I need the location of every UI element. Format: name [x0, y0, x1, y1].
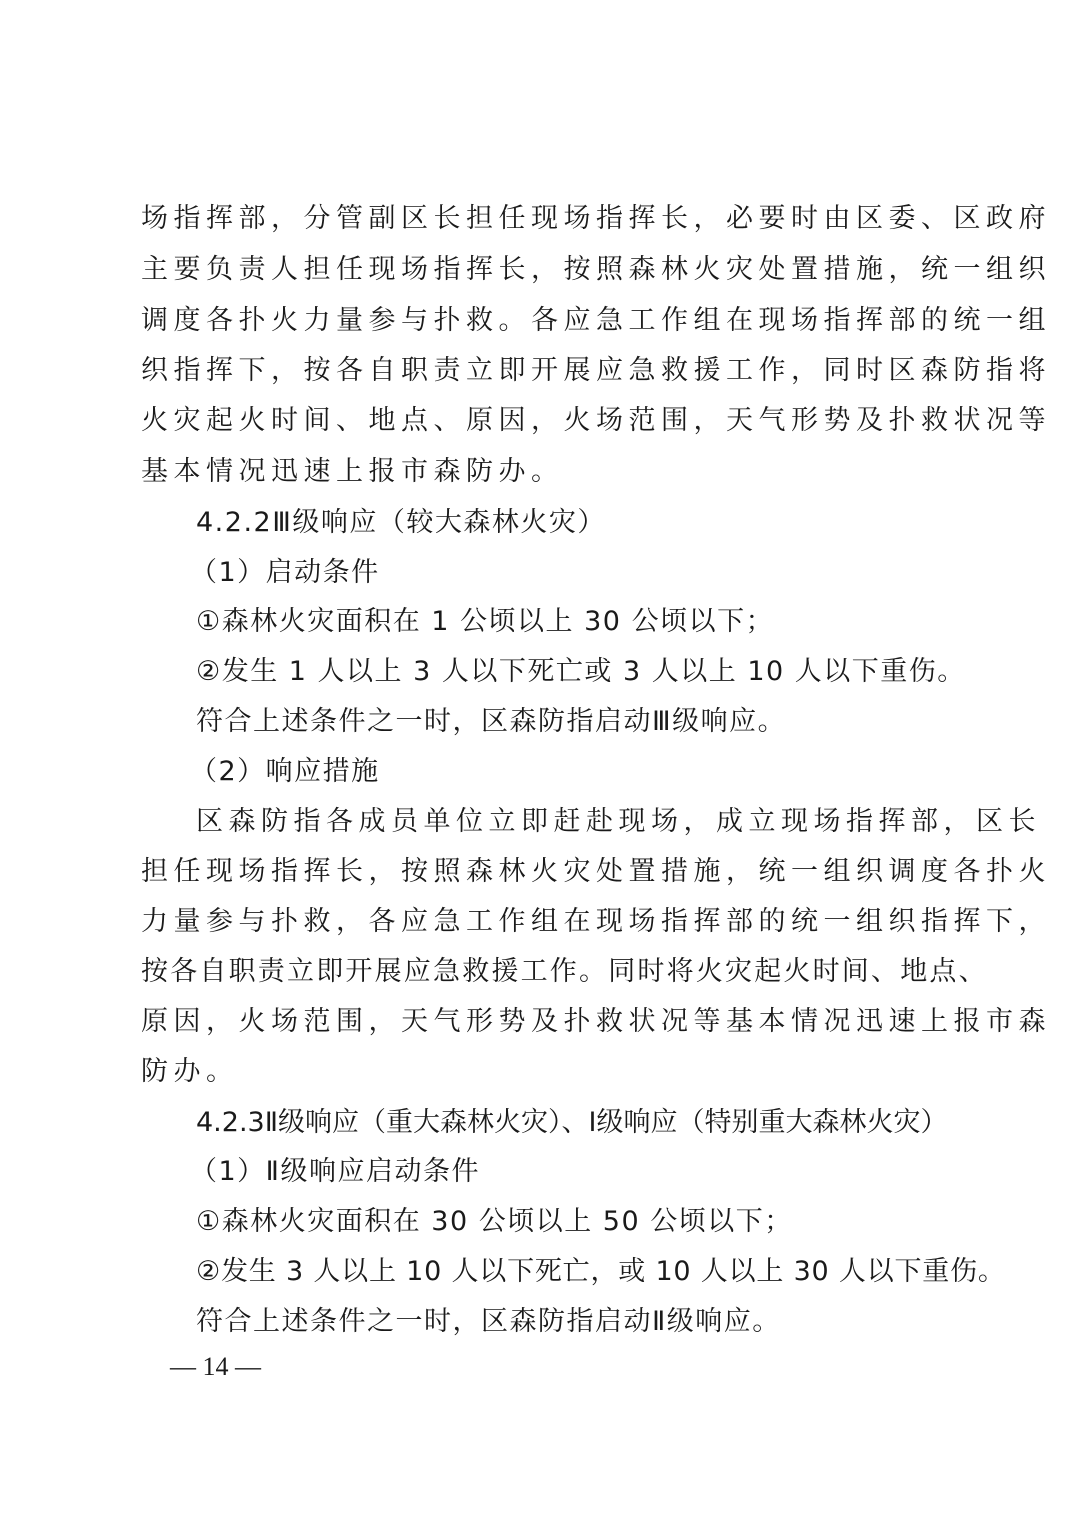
condition-1: ①森林火灾面积在 30 公顷以上 50 公顷以下； [196, 1205, 793, 1239]
paragraph-line: 区森防指各成员单位立即赶赴现场，成立现场指挥部，区长 [196, 805, 1041, 839]
document-page: 场指挥部，分管副区长担任现场指挥长，必要时由区委、区政府 主要负责人担任现场指挥… [0, 0, 1074, 1520]
paragraph-line: 织指挥下，按各自职责立即开展应急救援工作，同时区森防指将 [141, 354, 1051, 388]
paragraph-line: 担任现场指挥长，按照森林火灾处置措施，统一组织调度各扑火 [141, 855, 1051, 889]
paragraph-line: 调度各扑火力量参与扑救。各应急工作组在现场指挥部的统一组 [141, 304, 1051, 338]
page-number: — 14 — [170, 1352, 261, 1382]
condition-conclusion: 符合上述条件之一时，区森防指启动Ⅲ级响应。 [196, 705, 786, 739]
condition-2: ②发生 1 人以上 3 人以下死亡或 3 人以上 10 人以下重伤。 [196, 655, 966, 689]
condition-1: ①森林火灾面积在 1 公顷以上 30 公顷以下； [196, 605, 774, 639]
subheading-start-conditions: （1）启动条件 [190, 556, 380, 590]
paragraph-line: 基本情况迅速上报市森防办。 [141, 455, 564, 489]
paragraph-line: 主要负责人担任现场指挥长，按照森林火灾处置措施，统一组织 [141, 253, 1051, 287]
condition-conclusion: 符合上述条件之一时，区森防指启动Ⅱ级响应。 [196, 1305, 781, 1339]
subheading-level2-start-conditions: （1）Ⅱ级响应启动条件 [190, 1155, 480, 1189]
section-heading-4-2-3: 4.2.3Ⅱ级响应（重大森林火灾）、Ⅰ级响应（特别重大森林火灾） [196, 1106, 947, 1140]
paragraph-line: 火灾起火时间、地点、原因，火场范围，天气形势及扑救状况等 [141, 404, 1051, 438]
paragraph-line: 按各自职责立即开展应急救援工作。同时将火灾起火时间、地点、 [141, 955, 988, 989]
paragraph-line: 原因，火场范围，天气形势及扑救状况等基本情况迅速上报市森 [141, 1005, 1051, 1039]
paragraph-line: 力量参与扑救，各应急工作组在现场指挥部的统一组织指挥下， [141, 905, 1051, 939]
condition-2: ②发生 3 人以上 10 人以下死亡，或 10 人以上 30 人以下重伤。 [196, 1255, 1006, 1289]
paragraph-line: 场指挥部，分管副区长担任现场指挥长，必要时由区委、区政府 [141, 202, 1051, 236]
section-heading-4-2-2: 4.2.2Ⅲ级响应（较大森林火灾） [196, 506, 606, 540]
paragraph-line: 防办。 [141, 1055, 239, 1089]
subheading-response-measures: （2）响应措施 [190, 755, 380, 789]
